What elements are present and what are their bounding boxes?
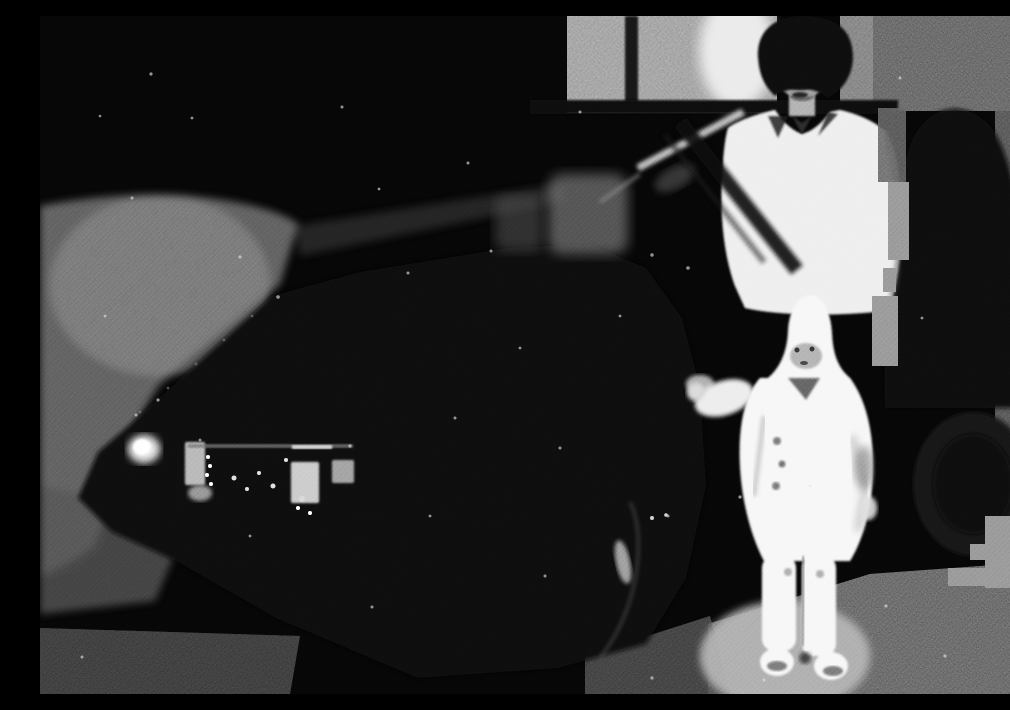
photo-canvas — [40, 16, 1010, 694]
halftone-photograph — [40, 16, 1010, 694]
film-grain-overlay — [40, 16, 1010, 694]
